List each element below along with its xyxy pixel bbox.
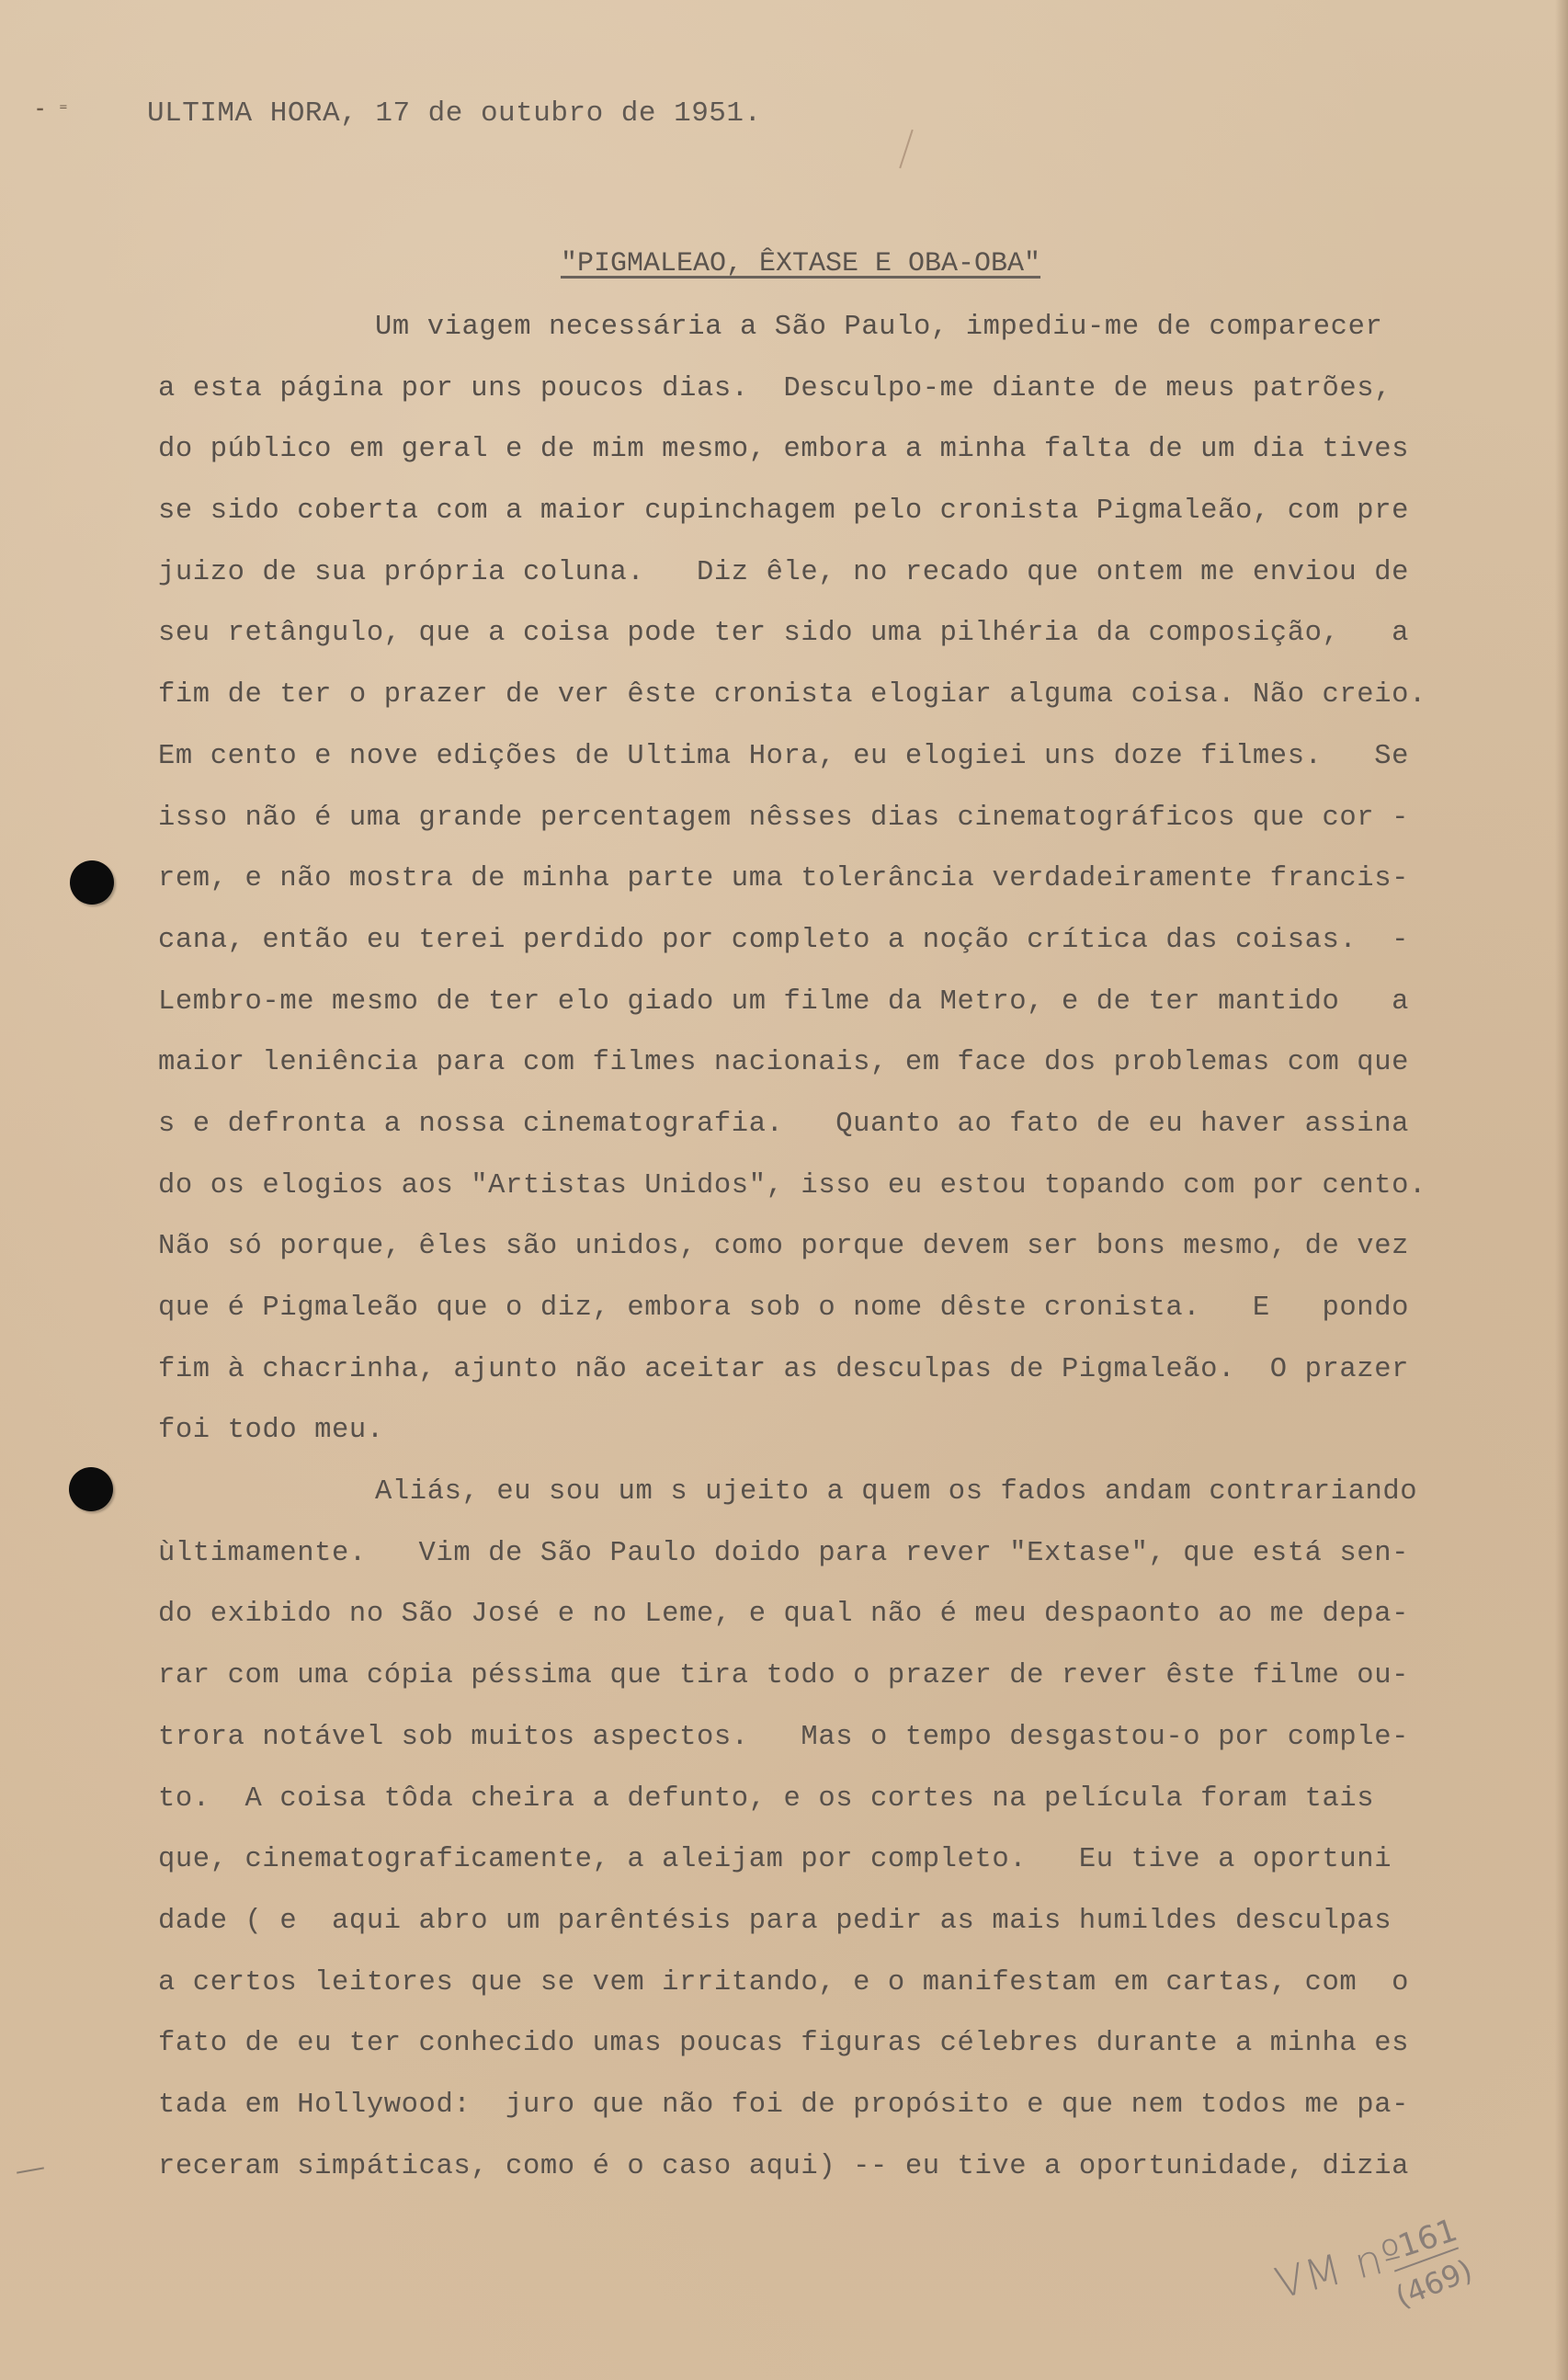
text-line: foi todo meu. bbox=[158, 1412, 1491, 1474]
text-line: se sido coberta com a maior cupinchagem … bbox=[158, 493, 1491, 554]
text-line: do público em geral e de mim mesmo, embo… bbox=[158, 431, 1491, 493]
text-line: a esta página por uns poucos dias. Descu… bbox=[158, 370, 1491, 432]
text-line: s e defronta a nossa cinematografia. Qua… bbox=[158, 1106, 1491, 1167]
text-line: juizo de sua própria coluna. Diz êle, no… bbox=[158, 554, 1491, 616]
text-line: tada em Hollywood: juro que não foi de p… bbox=[158, 2087, 1491, 2148]
text-line: maior leniência para com filmes nacionai… bbox=[158, 1044, 1491, 1106]
text-line: receram simpáticas, como é o caso aqui) … bbox=[158, 2148, 1491, 2210]
handwritten-archive-annotation: VM nº 161 (469) bbox=[1282, 2220, 1521, 2330]
text-line: rem, e não mostra de minha parte uma tol… bbox=[158, 860, 1491, 922]
text-line: ùltimamente. Vim de São Paulo doido para… bbox=[158, 1535, 1491, 1597]
text-line: a certos leitores que se vem irritando, … bbox=[158, 1964, 1491, 2026]
text-line: do exibido no São José e no Leme, e qual… bbox=[158, 1596, 1491, 1657]
text-line: Aliás, eu sou um s ujeito a quem os fado… bbox=[158, 1474, 1491, 1535]
article-title: "PIGMALEAO, ÊXTASE E OBA-OBA" bbox=[0, 217, 1568, 279]
article-body: Um viagem necessária a São Paulo, impedi… bbox=[158, 309, 1491, 2209]
text-line: trora notável sob muitos aspectos. Mas o… bbox=[158, 1719, 1491, 1781]
text-line: to. A coisa tôda cheira a defunto, e os … bbox=[158, 1781, 1491, 1842]
newspaper-date-header: ULTIMA HORA, 17 de outubro de 1951. bbox=[147, 97, 762, 130]
text-line: fim de ter o prazer de ver êste cronista… bbox=[158, 677, 1491, 738]
text-line: cana, então eu terei perdido por complet… bbox=[158, 922, 1491, 984]
punch-hole-icon bbox=[69, 1467, 113, 1511]
text-line: isso não é uma grande percentagem nêsses… bbox=[158, 800, 1491, 861]
punch-hole-icon bbox=[70, 860, 114, 905]
handwritten-label: VM nº bbox=[1270, 2228, 1408, 2308]
text-line: dade ( e aqui abro um parêntésis para pe… bbox=[158, 1903, 1491, 1964]
text-line: do os elogios aos "Artistas Unidos", iss… bbox=[158, 1167, 1491, 1229]
text-line: seu retângulo, que a coisa pode ter sido… bbox=[158, 615, 1491, 677]
text-line: rar com uma cópia péssima que tira todo … bbox=[158, 1657, 1491, 1719]
text-line: fato de eu ter conhecido umas poucas fig… bbox=[158, 2025, 1491, 2087]
text-line: Lembro-me mesmo de ter elo giado um film… bbox=[158, 984, 1491, 1045]
text-line: Em cento e nove edições de Ultima Hora, … bbox=[158, 738, 1491, 800]
text-line: que é Pigmaleão que o diz, embora sob o … bbox=[158, 1290, 1491, 1351]
text-line: que, cinematograficamente, a aleijam por… bbox=[158, 1841, 1491, 1903]
staple-mark: ⁃ ⁼ bbox=[35, 108, 81, 116]
text-line: fim à chacrinha, ajunto não aceitar as d… bbox=[158, 1351, 1491, 1413]
text-line: Não só porque, êles são unidos, como por… bbox=[158, 1228, 1491, 1290]
text-line: Um viagem necessária a São Paulo, impedi… bbox=[158, 309, 1491, 370]
article-title-text: "PIGMALEAO, ÊXTASE E OBA-OBA" bbox=[561, 248, 1040, 279]
